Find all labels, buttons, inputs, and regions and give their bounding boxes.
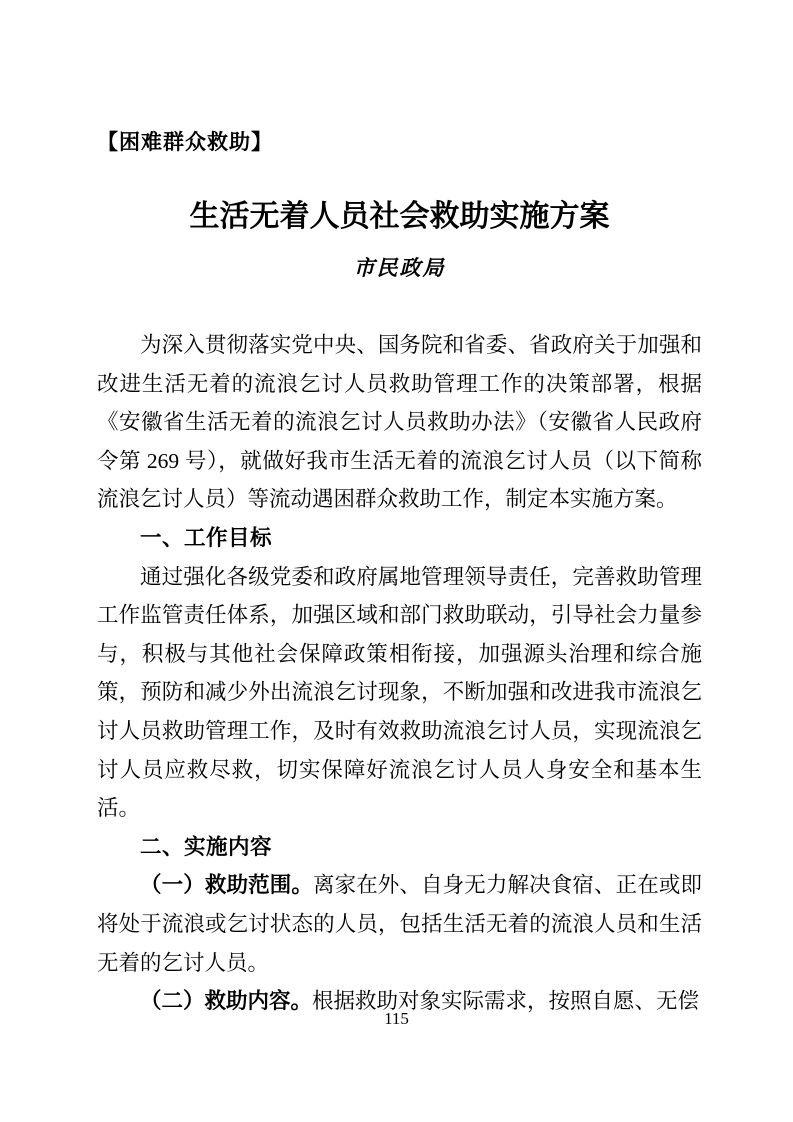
section-label: 【困难群众救助】 bbox=[97, 130, 702, 156]
paragraph-intro: 为深入贯彻落实党中央、国务院和省委、省政府关于加强和改进生活无着的流浪乞讨人员救… bbox=[97, 326, 702, 519]
author-line: 市民政局 bbox=[97, 254, 702, 282]
page-title: 生活无着人员社会救助实施方案 bbox=[97, 196, 702, 238]
paragraph-scope: （一）救助范围。离家在外、自身无力解决食宿、正在或即将处于流浪或乞讨状态的人员，… bbox=[97, 866, 702, 982]
document-body: 为深入贯彻落实党中央、国务院和省委、省政府关于加强和改进生活无着的流浪乞讨人员救… bbox=[97, 326, 702, 1021]
heading-implementation: 二、实施内容 bbox=[97, 828, 702, 867]
page-number: 115 bbox=[0, 1009, 793, 1029]
item-label-scope: （一）救助范围。 bbox=[140, 873, 313, 897]
document-page: 【困难群众救助】 生活无着人员社会救助实施方案 市民政局 为深入贯彻落实党中央、… bbox=[0, 0, 793, 1122]
paragraph-goals: 通过强化各级党委和政府属地管理领导责任，完善救助管理工作监管责任体系，加强区域和… bbox=[97, 558, 702, 828]
heading-work-goals: 一、工作目标 bbox=[97, 519, 702, 558]
